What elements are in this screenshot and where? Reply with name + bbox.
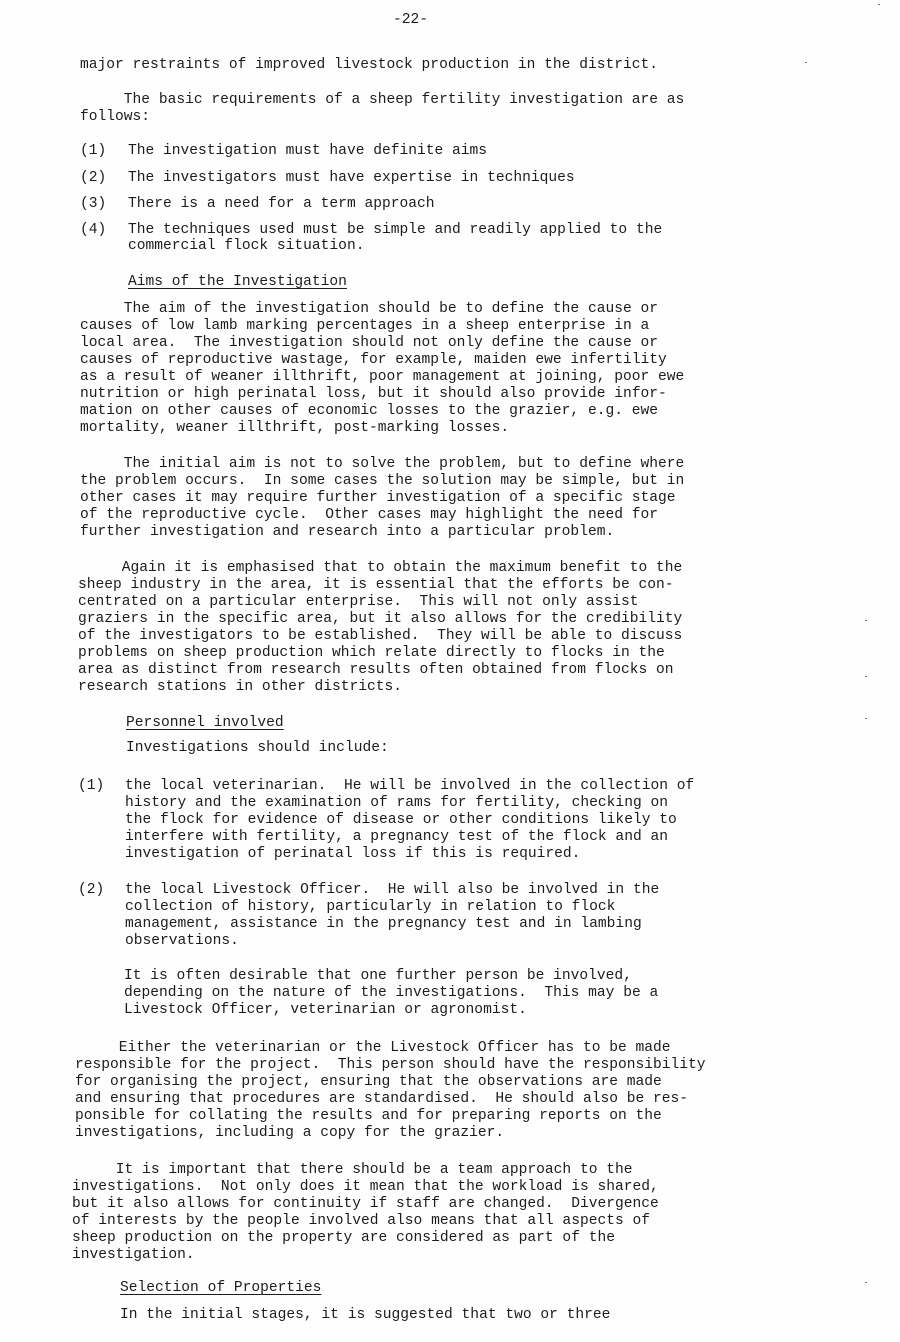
paragraph-line: It is important that there should be a t… (72, 1162, 633, 1179)
paragraph-line: the problem occurs. In some cases the so… (80, 473, 684, 490)
list-item-text: the local Livestock Officer. He will als… (125, 882, 659, 899)
list-item-text: the local veterinarian. He will be invol… (125, 778, 694, 795)
paragraph-line: sheep industry in the area, it is essent… (78, 577, 674, 594)
paragraph-line: investigation. (72, 1247, 195, 1264)
paragraph-line: The aim of the investigation should be t… (80, 301, 658, 318)
paragraph-line: research stations in other districts. (78, 679, 402, 696)
paragraph-line: The initial aim is not to solve the prob… (80, 456, 684, 473)
paragraph-line: but it also allows for continuity if sta… (72, 1196, 659, 1213)
list-item-number: (1) (78, 778, 104, 795)
list-item-number: (2) (80, 170, 106, 187)
paragraph-line: investigations. Not only does it mean th… (72, 1179, 659, 1196)
paragraph-line: for organising the project, ensuring tha… (75, 1074, 662, 1091)
list-item-text: The techniques used must be simple and r… (128, 222, 662, 239)
list-item-text: The investigation must have definite aim… (128, 143, 487, 160)
paragraph-line: mation on other causes of economic losse… (80, 403, 658, 420)
list-item-text: collection of history, particularly in r… (125, 899, 615, 916)
paragraph-line: Livestock Officer, veterinarian or agron… (124, 1002, 527, 1019)
scan-speck (865, 620, 867, 621)
scan-speck (865, 1282, 867, 1283)
paragraph-line: Again it is emphasised that to obtain th… (78, 560, 682, 577)
paragraph-line: major restraints of improved livestock p… (80, 57, 658, 74)
section-heading: Personnel involved (126, 715, 284, 732)
paragraph-line: sheep production on the property are con… (72, 1230, 615, 1247)
list-item-number: (1) (80, 143, 106, 160)
section-heading: Selection of Properties (120, 1280, 321, 1297)
paragraph-line: It is often desirable that one further p… (124, 968, 632, 985)
document-page: -22- major restraints of improved livest… (0, 0, 900, 1342)
paragraph-line: mortality, weaner illthrift, post-markin… (80, 420, 509, 437)
scan-speck (865, 718, 867, 719)
paragraph-line: depending on the nature of the investiga… (124, 985, 658, 1002)
paragraph-line: graziers in the specific area, but it al… (78, 611, 682, 628)
paragraph-line: Either the veterinarian or the Livestock… (75, 1040, 671, 1057)
list-item-number: (4) (80, 222, 106, 239)
list-item-text: the flock for evidence of disease or oth… (125, 812, 677, 829)
scan-speck (805, 62, 807, 63)
paragraph-line: follows: (80, 109, 150, 126)
paragraph-line: of the investigators to be established. … (78, 628, 682, 645)
paragraph-line: Investigations should include: (126, 740, 389, 757)
page-number: -22- (393, 12, 428, 29)
list-item-text: investigation of perinatal loss if this … (125, 846, 580, 863)
scan-speck (865, 676, 867, 677)
paragraph-line: The basic requirements of a sheep fertil… (80, 92, 684, 109)
paragraph-line: local area. The investigation should not… (80, 335, 658, 352)
list-item-text: observations. (125, 933, 239, 950)
list-item-text: management, assistance in the pregnancy … (125, 916, 642, 933)
paragraph-line: causes of reproductive wastage, for exam… (80, 352, 667, 369)
paragraph-line: In the initial stages, it is suggested t… (120, 1307, 610, 1324)
list-item-number: (2) (78, 882, 104, 899)
list-item-number: (3) (80, 196, 106, 213)
paragraph-line: causes of low lamb marking percentages i… (80, 318, 649, 335)
paragraph-line: area as distinct from research results o… (78, 662, 674, 679)
paragraph-line: of the reproductive cycle. Other cases m… (80, 507, 658, 524)
paragraph-line: other cases it may require further inves… (80, 490, 676, 507)
list-item-text: history and the examination of rams for … (125, 795, 668, 812)
paragraph-line: further investigation and research into … (80, 524, 614, 541)
paragraph-line: and ensuring that procedures are standar… (75, 1091, 688, 1108)
scan-speck (878, 4, 880, 5)
paragraph-line: ponsible for collating the results and f… (75, 1108, 662, 1125)
paragraph-line: investigations, including a copy for the… (75, 1125, 504, 1142)
list-item-text: interfere with fertility, a pregnancy te… (125, 829, 668, 846)
list-item-text: commercial flock situation. (128, 238, 364, 255)
paragraph-line: problems on sheep production which relat… (78, 645, 665, 662)
paragraph-line: centrated on a particular enterprise. Th… (78, 594, 639, 611)
paragraph-line: as a result of weaner illthrift, poor ma… (80, 369, 684, 386)
paragraph-line: responsible for the project. This person… (75, 1057, 706, 1074)
paragraph-line: of interests by the people involved also… (72, 1213, 650, 1230)
list-item-text: The investigators must have expertise in… (128, 170, 575, 187)
list-item-text: There is a need for a term approach (128, 196, 435, 213)
section-heading: Aims of the Investigation (128, 274, 347, 291)
paragraph-line: nutrition or high perinatal loss, but it… (80, 386, 667, 403)
